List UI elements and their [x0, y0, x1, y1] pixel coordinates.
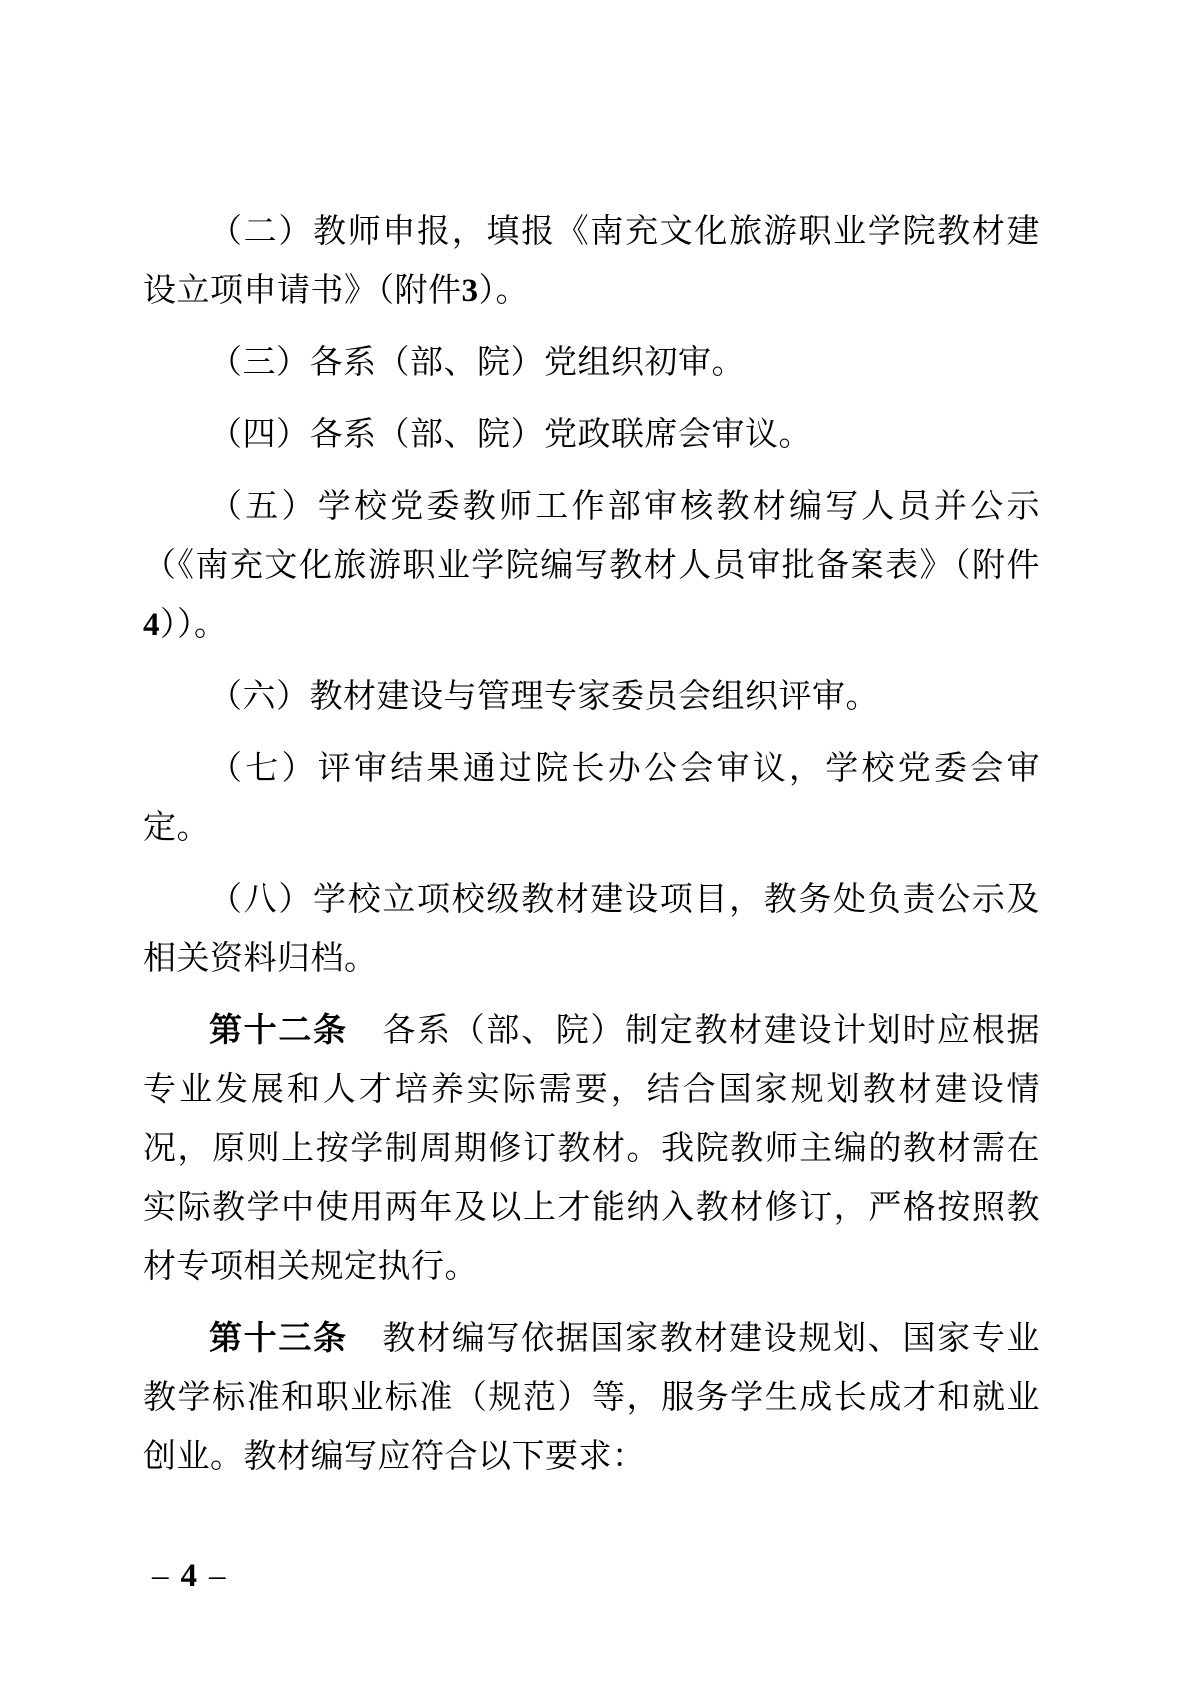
page-number-dash-right: – [209, 1556, 226, 1596]
text-run-bold: 第十二条 [209, 1013, 348, 1049]
paragraph: 第十二条 各系（部、院）制定教材建设计划时应根据专业发展和人才培养实际需要，结合… [143, 1002, 1040, 1297]
text-run-bold: 3 [462, 273, 479, 309]
paragraph: （四）各系（部、院）党政联席会审议。 [143, 406, 1040, 465]
text-run: （四）各系（部、院）党政联席会审议。 [209, 417, 812, 453]
paragraph: （三）各系（部、院）党组织初审。 [143, 334, 1040, 393]
paragraph: （五）学校党委教师工作部审核教材编写人员并公示（《南充文化旅游职业学院编写教材人… [143, 478, 1040, 655]
text-run: （五）学校党委教师工作部审核教材编写人员并公示（《南充文化旅游职业学院编写教材人… [143, 489, 1040, 584]
text-run: （三）各系（部、院）党组织初审。 [209, 345, 745, 381]
paragraph: （六）教材建设与管理专家委员会组织评审。 [143, 668, 1040, 727]
page-number-dash-left: – [152, 1556, 169, 1596]
page-number: 4 [181, 1556, 198, 1596]
text-run: ）。 [479, 273, 530, 309]
text-run-bold: 4 [143, 607, 160, 643]
page-footer: – 4 – [152, 1556, 226, 1596]
document-page: （二）教师申报，填报《南充文化旅游职业学院教材建设立项申请书》（附件3）。（三）… [0, 0, 1190, 1683]
text-run: （六）教材建设与管理专家委员会组织评审。 [209, 679, 879, 715]
text-run: 各系（部、院）制定教材建设计划时应根据专业发展和人才培养实际需要，结合国家规划教… [143, 1013, 1040, 1285]
paragraph: 第十三条 教材编写依据国家教材建设规划、国家专业教学标准和职业标准（规范）等，服… [143, 1310, 1040, 1487]
text-run: ））。 [160, 607, 228, 643]
document-body: （二）教师申报，填报《南充文化旅游职业学院教材建设立项申请书》（附件3）。（三）… [143, 203, 1040, 1487]
paragraph: （七）评审结果通过院长办公会审议，学校党委会审定。 [143, 740, 1040, 858]
text-run-bold: 第十三条 [209, 1321, 348, 1357]
paragraph: （二）教师申报，填报《南充文化旅游职业学院教材建设立项申请书》（附件3）。 [143, 203, 1040, 321]
text-run: （八）学校立项校级教材建设项目，教务处负责公示及相关资料归档。 [143, 882, 1040, 977]
paragraph: （八）学校立项校级教材建设项目，教务处负责公示及相关资料归档。 [143, 871, 1040, 989]
text-run: （二）教师申报，填报《南充文化旅游职业学院教材建设立项申请书》（附件 [143, 214, 1040, 309]
text-run: （七）评审结果通过院长办公会审议，学校党委会审定。 [143, 751, 1040, 846]
